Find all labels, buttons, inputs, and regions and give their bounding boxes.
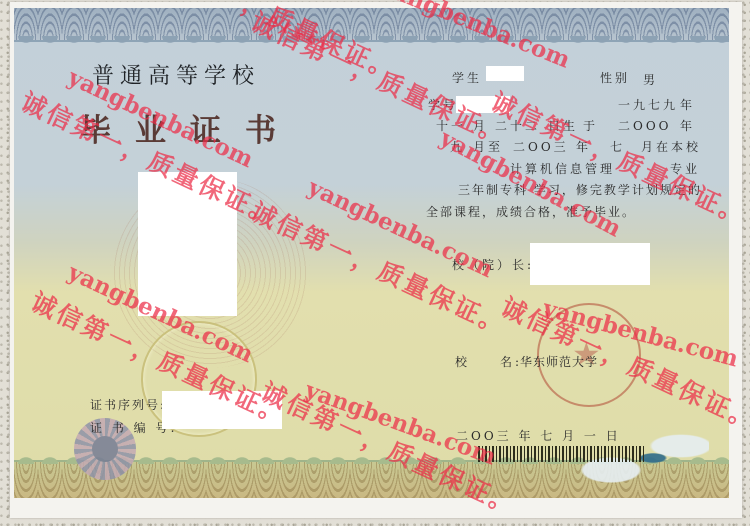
- birth-year: 一九七九: [618, 96, 678, 113]
- birth-year-unit: 年: [680, 96, 695, 113]
- serial-label: 证书序列号:: [90, 396, 166, 413]
- birth-day: 二十二: [495, 117, 540, 134]
- president-name-redacted: [530, 243, 650, 285]
- student-no-redacted: [456, 96, 510, 113]
- serial-and-cert-no-redacted: [162, 391, 282, 429]
- to-label: 月至: [473, 138, 503, 155]
- program-line: 三年制专科 学习，修完教学计划规定的: [458, 181, 702, 198]
- major: 计算机信息管理: [510, 160, 615, 177]
- result-line: 全部课程，成绩合格，准予毕业。: [426, 203, 636, 220]
- from-label: 于: [583, 117, 598, 134]
- school-label-2: 名:: [500, 353, 522, 370]
- end-year-unit: 年: [576, 138, 591, 155]
- photo-placeholder: [138, 172, 237, 316]
- start-year-unit: 年: [680, 117, 695, 134]
- study-label: 月在本校: [641, 138, 701, 155]
- birth-day-unit: 日生: [548, 117, 578, 134]
- start-year: 二OOO: [618, 117, 672, 134]
- top-guilloche-border: [14, 8, 729, 42]
- gender-value: 男: [643, 71, 658, 88]
- student-label: 学生: [452, 69, 482, 86]
- president-label: 校（院）长:: [452, 256, 534, 273]
- end-year: 二OO三: [513, 138, 569, 155]
- end-month: 七: [610, 138, 625, 155]
- birth-month: 十一: [436, 117, 466, 134]
- certificate-header: 普通高等学校: [92, 59, 260, 90]
- major-unit: 专业: [670, 160, 700, 177]
- school-label: 校: [455, 353, 470, 370]
- gender-label: 性别: [600, 69, 630, 86]
- birth-month-unit: 月: [473, 117, 488, 134]
- barcode: [478, 446, 646, 462]
- issue-date: 二OO三 年 七 月 一 日: [456, 427, 621, 444]
- student-no-label: 学号: [428, 96, 458, 113]
- start-month: 九: [450, 138, 465, 155]
- school-name: 华东师范大学: [520, 353, 598, 370]
- certificate-title: 毕业证书: [80, 105, 300, 150]
- student-name-redacted: [486, 66, 524, 81]
